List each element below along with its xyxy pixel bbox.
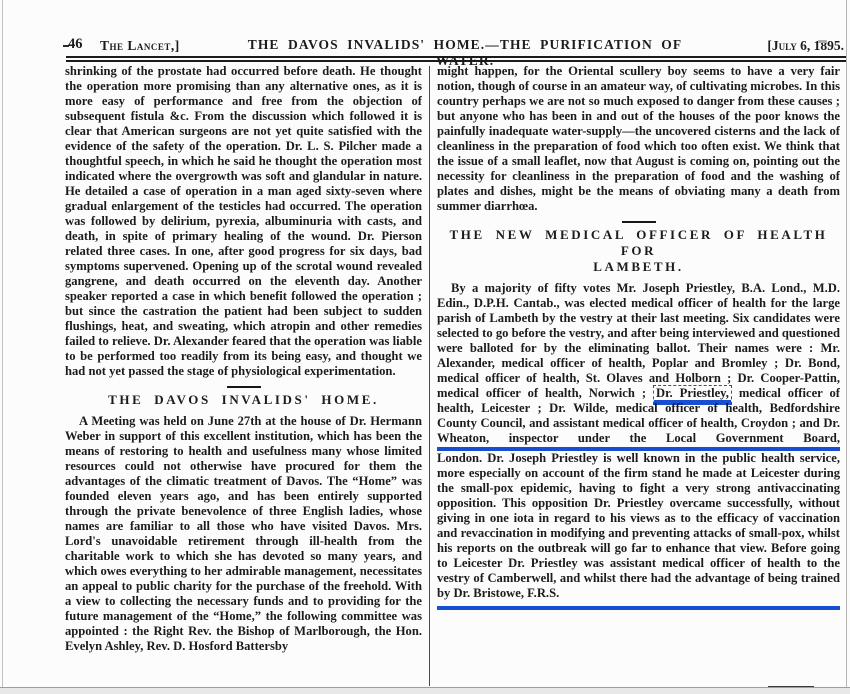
left-paragraph-2: A Meeting was held on June 27th at the h…	[65, 414, 422, 654]
right-paragraph-2-text: By a majority of fifty votes Mr. Joseph …	[437, 281, 840, 400]
page-number: 46	[68, 36, 83, 53]
right-paragraph-2: By a majority of fifty votes Mr. Joseph …	[437, 281, 840, 446]
section-divider-rule	[622, 221, 656, 223]
section-divider-rule	[227, 386, 261, 388]
lambeth-heading-line2: LAMBETH.	[437, 259, 840, 275]
masthead-rule	[66, 56, 847, 62]
viewer-bottom-strip	[0, 687, 850, 694]
lambeth-heading: THE NEW MEDICAL OFFICER OF HEALTH FOR LA…	[437, 227, 840, 275]
boxed-paragraph: London. Dr. Joseph Priestley is well kno…	[437, 451, 840, 601]
ink-smudge	[818, 40, 827, 43]
left-column: shrinking of the prostate had occurred b…	[65, 64, 422, 686]
left-paragraph-1: shrinking of the prostate had occurred b…	[65, 64, 422, 379]
scanned-journal-page: 46 The Lancet,] THE DAVOS INVALIDS' HOME…	[0, 0, 850, 694]
journal-name: The Lancet,]	[100, 38, 180, 54]
blue-annotation-box: London. Dr. Joseph Priestley is well kno…	[437, 447, 840, 610]
lambeth-heading-line1: THE NEW MEDICAL OFFICER OF HEALTH FOR	[437, 227, 840, 259]
issue-date: [July 6, 1895.	[767, 38, 844, 54]
page-edge-right	[846, 0, 847, 687]
column-divider-rule	[429, 66, 430, 686]
masthead: 46 The Lancet,] THE DAVOS INVALIDS' HOME…	[0, 36, 850, 56]
page-edge-left	[2, 0, 3, 687]
right-column: might happen, for the Oriental scullery …	[437, 64, 840, 686]
davos-home-heading: THE DAVOS INVALIDS' HOME.	[65, 392, 422, 408]
right-paragraph-1: might happen, for the Oriental scullery …	[437, 64, 840, 214]
